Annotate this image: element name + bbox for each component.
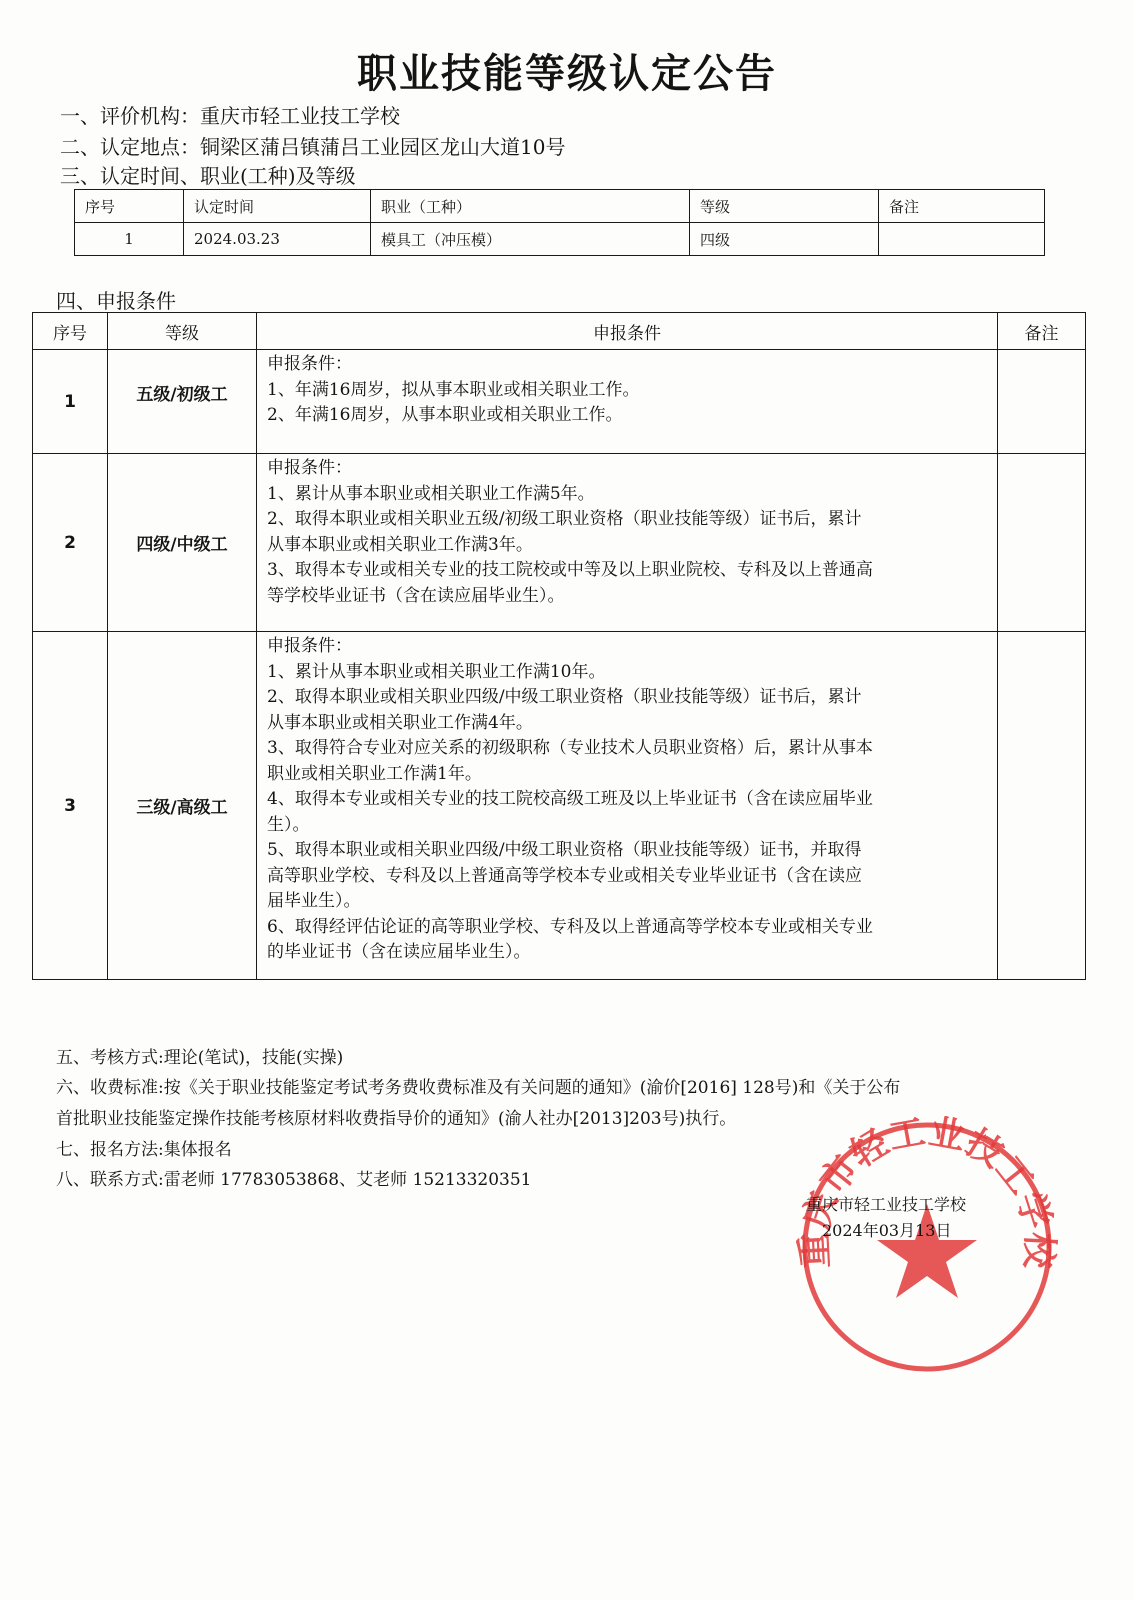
section-assessment-method: 五、考核方式:理论(笔试)，技能(实操)	[56, 1043, 343, 1068]
header-cell: 备注	[998, 313, 1086, 350]
header-cell: 申报条件	[257, 313, 998, 350]
condition-line: 生）。	[267, 813, 989, 839]
cell-no: 1	[75, 223, 184, 256]
header-cell: 职业（工种）	[371, 190, 690, 223]
cell-no: 2	[33, 454, 108, 632]
section-evaluation-org: 一、评价机构：重庆市轻工业技工学校	[60, 100, 400, 129]
signature-org: 重庆市轻工业技工学校	[806, 1192, 966, 1215]
condition-line: 4、取得本专业或相关专业的技工院校高级工班及以上毕业证书（含在读应届毕业	[267, 787, 989, 813]
table-row: 1 五级/初级工 申报条件： 1、年满16周岁，拟从事本职业或相关职业工作。 2…	[33, 350, 1086, 454]
table-header-row: 序号 认定时间 职业（工种） 等级 备注	[75, 190, 1045, 223]
header-cell: 认定时间	[184, 190, 371, 223]
cell-level: 四级/中级工	[108, 454, 257, 632]
header-cell: 序号	[75, 190, 184, 223]
cell-note	[998, 454, 1086, 632]
section-schedule-heading: 三、认定时间、职业(工种)及等级	[60, 160, 356, 189]
cell-date: 2024.03.23	[184, 223, 371, 256]
cell-level: 五级/初级工	[108, 350, 257, 454]
cell-level: 三级/高级工	[108, 632, 257, 980]
condition-line: 3、取得本专业或相关专业的技工院校或中等及以上职业院校、专科及以上普通高	[267, 558, 989, 584]
schedule-table: 序号 认定时间 职业（工种） 等级 备注 1 2024.03.23 模具工（冲压…	[74, 189, 1045, 256]
header-cell: 等级	[108, 313, 257, 350]
page-title: 职业技能等级认定公告	[0, 42, 1134, 99]
condition-line: 申报条件：	[267, 456, 989, 482]
cell-no: 1	[33, 350, 108, 454]
cell-level: 四级	[690, 223, 879, 256]
conditions-table: 序号 等级 申报条件 备注 1 五级/初级工 申报条件： 1、年满16周岁，拟从…	[32, 312, 1086, 980]
section-fee-standard-line1: 六、收费标准:按《关于职业技能鉴定考试考务费收费标准及有关问题的通知》(渝价[2…	[56, 1073, 900, 1098]
cell-conditions: 申报条件： 1、累计从事本职业或相关职业工作满5年。 2、取得本职业或相关职业五…	[257, 454, 998, 632]
official-seal-icon: 重庆市轻工业技工学校	[796, 1116, 1058, 1378]
section-registration-method: 七、报名方法:集体报名	[56, 1135, 232, 1160]
cell-note	[998, 632, 1086, 980]
condition-line: 2、取得本职业或相关职业四级/中级工职业资格（职业技能等级）证书后，累计	[267, 685, 989, 711]
condition-line: 职业或相关职业工作满1年。	[267, 762, 989, 788]
condition-line: 的毕业证书（含在读应届毕业生）。	[267, 940, 989, 966]
condition-line: 1、累计从事本职业或相关职业工作满5年。	[267, 482, 989, 508]
header-cell: 备注	[879, 190, 1045, 223]
condition-line: 从事本职业或相关职业工作满3年。	[267, 533, 989, 559]
condition-line: 5、取得本职业或相关职业四级/中级工职业资格（职业技能等级）证书，并取得	[267, 838, 989, 864]
cell-note	[879, 223, 1045, 256]
table-header-row: 序号 等级 申报条件 备注	[33, 313, 1086, 350]
cell-note	[998, 350, 1086, 454]
condition-line: 2、取得本职业或相关职业五级/初级工职业资格（职业技能等级）证书后，累计	[267, 507, 989, 533]
cell-conditions: 申报条件： 1、年满16周岁，拟从事本职业或相关职业工作。 2、年满16周岁，从…	[257, 350, 998, 454]
section-location: 二、认定地点：铜梁区蒲吕镇蒲吕工业园区龙山大道10号	[60, 131, 565, 160]
condition-line: 6、取得经评估论证的高等职业学校、专科及以上普通高等学校本专业或相关专业	[267, 915, 989, 941]
condition-line: 2、年满16周岁，从事本职业或相关职业工作。	[267, 403, 989, 429]
table-row: 3 三级/高级工 申报条件： 1、累计从事本职业或相关职业工作满10年。 2、取…	[33, 632, 1086, 980]
cell-conditions: 申报条件： 1、累计从事本职业或相关职业工作满10年。 2、取得本职业或相关职业…	[257, 632, 998, 980]
cell-occupation: 模具工（冲压模）	[371, 223, 690, 256]
condition-line: 申报条件：	[267, 634, 989, 660]
condition-line: 3、取得符合专业对应关系的初级职称（专业技术人员职业资格）后，累计从事本	[267, 736, 989, 762]
header-cell: 序号	[33, 313, 108, 350]
condition-line: 高等职业学校、专科及以上普通高等学校本专业或相关专业毕业证书（含在读应	[267, 864, 989, 890]
section-contact: 八、联系方式:雷老师 17783053868、艾老师 15213320351	[56, 1165, 532, 1190]
condition-line: 1、累计从事本职业或相关职业工作满10年。	[267, 660, 989, 686]
cell-no: 3	[33, 632, 108, 980]
signature-date: 2024年03月13日	[822, 1218, 951, 1241]
section-fee-standard-line2: 首批职业技能鉴定操作技能考核原材料收费指导价的通知》(渝人社办[2013]203…	[56, 1104, 736, 1129]
condition-line: 等学校毕业证书（含在读应届毕业生）。	[267, 584, 989, 610]
section-conditions-heading: 四、申报条件	[56, 285, 176, 314]
header-cell: 等级	[690, 190, 879, 223]
condition-line: 从事本职业或相关职业工作满4年。	[267, 711, 989, 737]
condition-line: 1、年满16周岁，拟从事本职业或相关职业工作。	[267, 378, 989, 404]
table-row: 1 2024.03.23 模具工（冲压模） 四级	[75, 223, 1045, 256]
condition-line: 届毕业生）。	[267, 889, 989, 915]
condition-line: 申报条件：	[267, 352, 989, 378]
table-row: 2 四级/中级工 申报条件： 1、累计从事本职业或相关职业工作满5年。 2、取得…	[33, 454, 1086, 632]
